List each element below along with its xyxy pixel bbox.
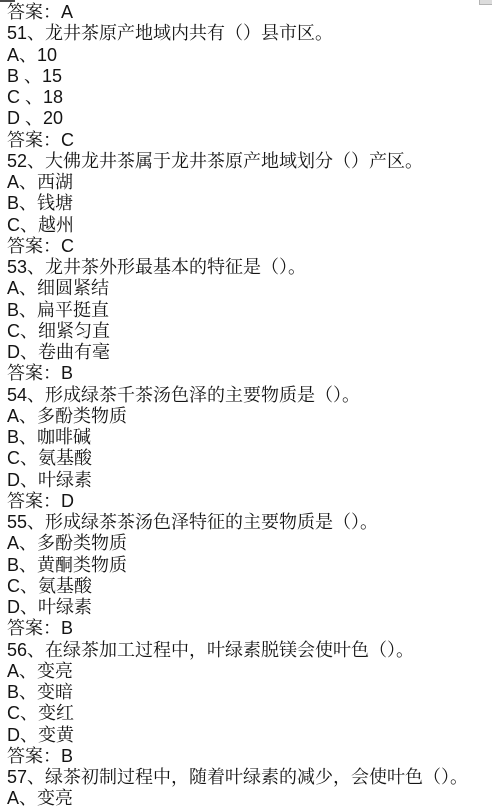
option-line: C、氨基酸 — [7, 576, 492, 597]
answer-line: 答案：B — [7, 363, 492, 384]
option-line: A、西湖 — [7, 172, 492, 193]
option-line: C、细紧匀直 — [7, 321, 492, 342]
option-line: B、变暗 — [7, 682, 492, 703]
option-line: C 、18 — [7, 87, 492, 108]
option-line: D、叶绿素 — [7, 470, 492, 491]
option-line: D、卷曲有毫 — [7, 342, 492, 363]
question-stem: 57、绿茶初制过程中，随着叶绿素的减少，会使叶色（）。 — [7, 767, 492, 788]
option-line: A、多酚类物质 — [7, 533, 492, 554]
option-line: B 、15 — [7, 66, 492, 87]
answer-line: 答案：A — [7, 2, 492, 23]
question-stem: 55、形成绿茶茶汤色泽特征的主要物质是（）。 — [7, 512, 492, 533]
option-line: A、变亮 — [7, 661, 492, 682]
answer-line: 答案：D — [7, 491, 492, 512]
option-line: D、变黄 — [7, 725, 492, 746]
option-line: B、黄酮类物质 — [7, 555, 492, 576]
question-stem: 51、龙井茶原产地域内共有（）县市区。 — [7, 23, 492, 44]
answer-line: 答案：B — [7, 618, 492, 639]
option-line: C、变红 — [7, 703, 492, 724]
question-stem: 52、大佛龙井茶属于龙井茶原产地域划分（）产区。 — [7, 151, 492, 172]
option-line: B、扁平挺直 — [7, 300, 492, 321]
answer-line: 答案：C — [7, 236, 492, 257]
option-line: A、多酚类物质 — [7, 406, 492, 427]
question-stem: 53、龙井茶外形最基本的特征是（）。 — [7, 257, 492, 278]
quiz-document-page: 答案：A51、龙井茶原产地域内共有（）县市区。A、10B 、15C 、18D 、… — [0, 0, 492, 807]
option-line: A、细圆紧结 — [7, 278, 492, 299]
option-line: A、变亮 — [7, 788, 492, 807]
option-line: A、10 — [7, 45, 492, 66]
option-line: C、氨基酸 — [7, 448, 492, 469]
option-line: D、叶绿素 — [7, 597, 492, 618]
question-stem: 54、形成绿茶千茶汤色泽的主要物质是（）。 — [7, 385, 492, 406]
option-line: B、钱塘 — [7, 193, 492, 214]
option-line: C、越州 — [7, 215, 492, 236]
answer-line: 答案：B — [7, 746, 492, 767]
option-line: B、咖啡碱 — [7, 427, 492, 448]
question-stem: 56、在绿茶加工过程中，叶绿素脱镁会使叶色（）。 — [7, 640, 492, 661]
question-list: 答案：A51、龙井茶原产地域内共有（）县市区。A、10B 、15C 、18D 、… — [7, 2, 492, 807]
answer-line: 答案：C — [7, 130, 492, 151]
option-line: D 、20 — [7, 108, 492, 129]
